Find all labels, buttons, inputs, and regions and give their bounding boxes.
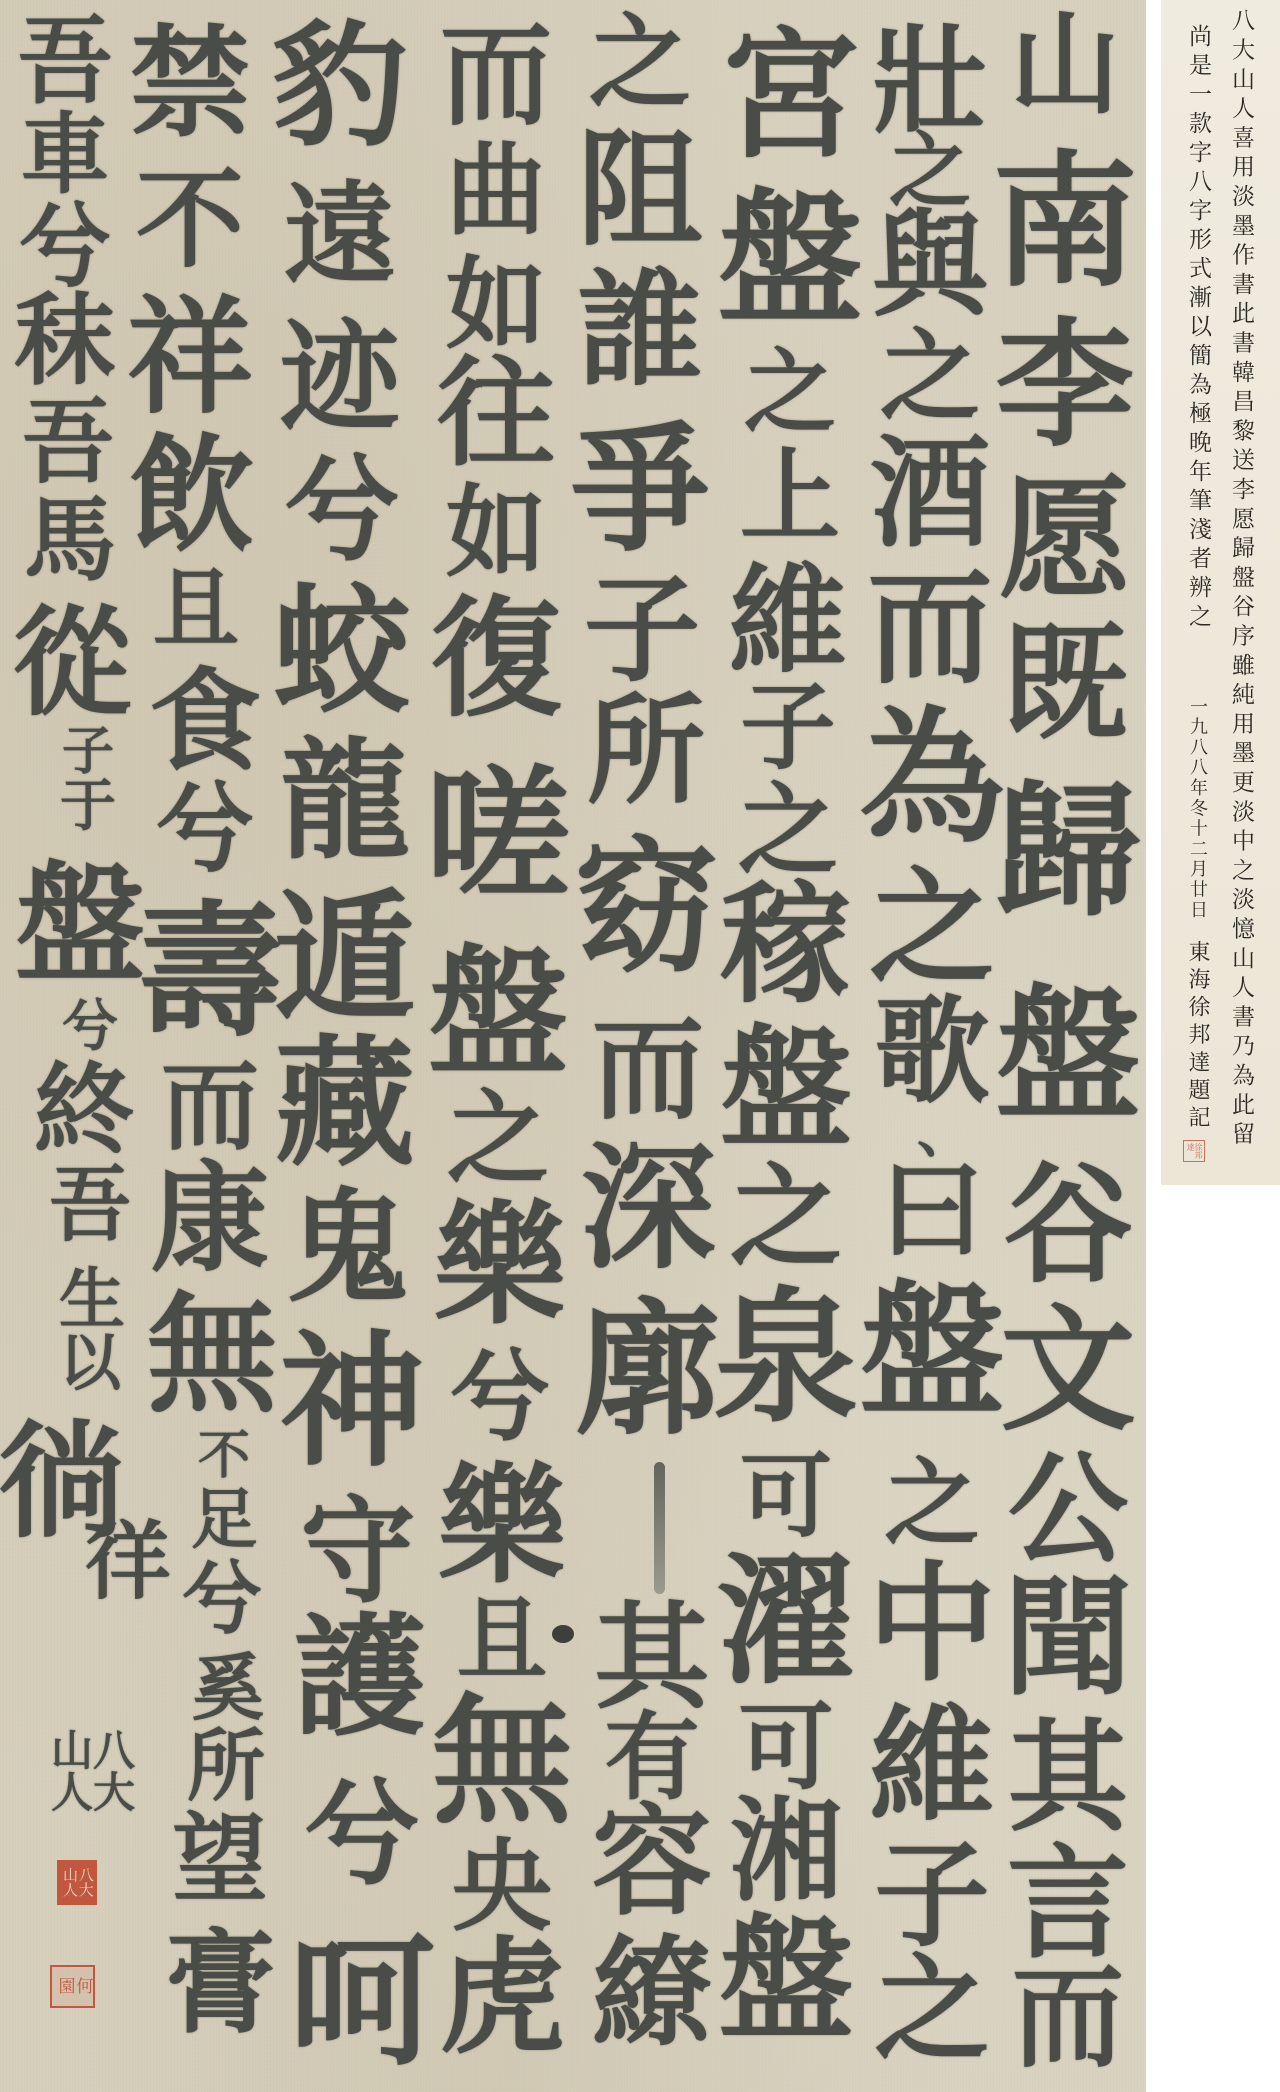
calligraphy-char-small: 以 xyxy=(59,1332,121,1394)
calligraphy-char: 無 xyxy=(147,1290,277,1420)
calligraphy-char: 而 xyxy=(161,1058,259,1156)
calligraphy-char: 終 xyxy=(34,1060,134,1160)
calligraphy-char: 維 xyxy=(870,1704,995,1829)
calligraphy-char: 而 xyxy=(440,20,552,132)
calligraphy-char: 豹 xyxy=(273,18,408,153)
artist-seal-intaglio: 八大山人 xyxy=(57,1860,97,1905)
calligraphy-char: 車 xyxy=(21,110,109,198)
calligraphy-char: 之 xyxy=(880,326,980,426)
calligraphy-char: 壽 xyxy=(138,900,283,1045)
calligraphy-char: 央 xyxy=(452,1836,552,1936)
calligraphy-char: 如 xyxy=(446,482,546,582)
calligraphy-char: 樂 xyxy=(434,1200,566,1332)
calligraphy-char: 盤 xyxy=(718,188,863,333)
calligraphy-char-small: 子 xyxy=(62,726,114,778)
calligraphy-char: 藏 xyxy=(275,1034,415,1174)
calligraphy-char: 為 xyxy=(860,706,1005,851)
calligraphy-char: 吾 xyxy=(18,14,113,109)
calligraphy-char-small: 所 xyxy=(187,1728,265,1806)
calligraphy-char: 公 xyxy=(1008,1450,1128,1570)
calligraphy-char: 徉 xyxy=(86,1520,171,1605)
calligraphy-char: 愿 xyxy=(999,474,1131,606)
calligraphy-char: 與 xyxy=(873,208,988,323)
calligraphy-char-small: 兮 xyxy=(62,998,118,1054)
calligraphy-char: 盤 xyxy=(719,1912,854,2047)
calligraphy-char: 曲 xyxy=(446,140,546,240)
calligraphy-char-small: 不 xyxy=(198,1430,250,1482)
calligraphy-char: 康 xyxy=(151,1160,269,1278)
calligraphy-char-small: 生 xyxy=(59,1266,125,1332)
colophon-column-2: 尚是一款字八字形式漸以簡為極晚年筆淺者辨之 xyxy=(1186,24,1209,633)
calligraphy-char: 祥 xyxy=(127,294,253,420)
calligraphy-char: 之 xyxy=(447,1088,549,1190)
calligraphy-char: 蛟 xyxy=(273,582,411,720)
calligraphy-char: 護 xyxy=(294,1612,426,1744)
calligraphy-char: 維 xyxy=(729,562,847,680)
calligraphy-char: 子 xyxy=(741,680,836,775)
calligraphy-char: 兮 xyxy=(285,452,400,567)
calligraphy-char: 盤 xyxy=(996,984,1141,1129)
colophon-seal: 徐邦達 xyxy=(1183,1140,1205,1162)
calligraphy-char: 遠 xyxy=(284,180,396,292)
ink-dot xyxy=(552,1625,574,1643)
calligraphy-char: 宮 xyxy=(720,26,860,166)
calligraphy-char: 嗟 xyxy=(426,764,571,909)
calligraphy-char: 兮 xyxy=(450,1346,550,1446)
calligraphy-char: 廓 xyxy=(576,1298,721,1443)
calligraphy-char: 守 xyxy=(301,1494,416,1609)
calligraphy-char: 其 xyxy=(1008,1718,1128,1838)
calligraphy-char-small: 兮 xyxy=(182,1558,262,1638)
calligraphy-char: 樂 xyxy=(438,1462,566,1590)
calligraphy-char: 上 xyxy=(740,446,840,546)
calligraphy-char: 盤 xyxy=(720,1024,852,1156)
calligraphy-char: 泉 xyxy=(714,1286,859,1431)
calligraphy-char: 禁 xyxy=(130,24,250,144)
colophon-strip: 八大山人喜用淡墨作書此書韓昌黎送李愿歸盤谷序雖純用墨更淡中之淡憶山人書乃為此留 … xyxy=(1161,0,1280,1185)
calligraphy-char: 吾 xyxy=(22,396,114,488)
calligraphy-char: 秣 xyxy=(15,290,115,390)
calligraphy-sheet: 山 南 李 愿 既 歸 盤 谷 文 公 聞 其 言 而 壯 之 與 之 酒 而 … xyxy=(0,0,1146,2092)
calligraphy-char: 繚 xyxy=(592,1934,712,2054)
calligraphy-char: 之 xyxy=(589,12,691,114)
calligraphy-char: 之 xyxy=(744,346,836,438)
calligraphy-char: 既 xyxy=(1003,622,1128,747)
calligraphy-char: 子 xyxy=(875,1838,990,1953)
calligraphy-char: 之 xyxy=(738,780,838,880)
artist-seal-relief: 何園 xyxy=(50,1965,95,2008)
calligraphy-char: 且 xyxy=(153,566,239,652)
calligraphy-char: 言 xyxy=(1007,1842,1129,1964)
calligraphy-char: 兮 xyxy=(19,200,111,292)
calligraphy-char-small: 膏 xyxy=(164,1928,276,2040)
calligraphy-char: 窈 xyxy=(574,836,719,981)
calligraphy-char: 稼 xyxy=(721,880,851,1010)
calligraphy-char: 而 xyxy=(868,566,993,691)
calligraphy-char: 神 xyxy=(280,1330,425,1475)
calligraphy-char: 爭 xyxy=(570,420,710,560)
calligraphy-char: 不 xyxy=(136,166,244,274)
calligraphy-char: 歌 xyxy=(875,994,990,1109)
calligraphy-char-small: 望 xyxy=(173,1812,268,1907)
seal-text: 徐邦達 xyxy=(1186,1143,1202,1159)
calligraphy-char: 湘 xyxy=(730,1796,842,1908)
calligraphy-char: 山 xyxy=(1010,10,1120,120)
calligraphy-char: 兮 xyxy=(305,1776,420,1891)
calligraphy-char: 歸 xyxy=(996,780,1141,925)
calligraphy-char: 文 xyxy=(1001,1302,1136,1437)
calligraphy-char: 食 xyxy=(149,666,261,778)
calligraphy-char: 兮 xyxy=(156,780,254,878)
calligraphy-char: 呵 xyxy=(290,1930,435,2075)
calligraphy-char: 酒 xyxy=(870,434,990,554)
calligraphy-char: 可 xyxy=(739,1700,834,1795)
calligraphy-char: 盤 xyxy=(15,860,145,990)
calligraphy-char: 之 xyxy=(885,1456,980,1551)
calligraphy-char: 龍 xyxy=(280,736,410,866)
calligraphy-char: 深 xyxy=(581,1140,716,1275)
calligraphy-char: 盤 xyxy=(860,1280,1005,1425)
calligraphy-char: 濯 xyxy=(716,1552,856,1692)
calligraphy-char: 鬼 xyxy=(287,1186,409,1308)
calligraphy-char: 可 xyxy=(740,1450,832,1542)
calligraphy-char-small: 奚 xyxy=(192,1652,264,1724)
calligraphy-char: 如 xyxy=(446,254,546,354)
ink-stroke xyxy=(654,1462,665,1594)
calligraphy-char: 曰 xyxy=(880,1158,985,1263)
artist-signature: 八大山人 xyxy=(48,1728,132,1814)
calligraphy-char: 所 xyxy=(587,692,705,810)
calligraphy-char: 馬 xyxy=(24,494,116,586)
calligraphy-char: 聞 xyxy=(1004,1574,1132,1702)
calligraphy-char-small: 于 xyxy=(60,778,116,834)
calligraphy-char: 遁 xyxy=(275,888,415,1028)
calligraphy-char: 而 xyxy=(592,1014,704,1126)
calligraphy-char: 誰 xyxy=(578,268,703,393)
calligraphy-char: 虎 xyxy=(440,1936,565,2061)
calligraphy-char: 且 xyxy=(457,1594,547,1684)
calligraphy-char: 中 xyxy=(868,1560,996,1688)
calligraphy-char: 而 xyxy=(1012,1962,1124,2074)
calligraphy-char: 復 xyxy=(431,594,561,724)
calligraphy-char: 南 xyxy=(993,150,1138,295)
colophon-signature: 東海徐邦達題記 xyxy=(1186,940,1208,1133)
calligraphy-char: 李 xyxy=(996,316,1134,454)
colophon-date: 一九八八年冬十二月廿日 xyxy=(1188,697,1206,920)
calligraphy-char: 容 xyxy=(592,1802,712,1922)
calligraphy-char: 盤 xyxy=(428,944,568,1084)
colophon-column-1: 八大山人喜用淡墨作書此書韓昌黎送李愿歸盤谷序雖純用墨更淡中之淡憶山人書乃為此留 xyxy=(1229,8,1252,1151)
calligraphy-char-small: 足 xyxy=(191,1486,257,1552)
calligraphy-char: 阻 xyxy=(578,128,703,253)
calligraphy-char: 子 xyxy=(584,572,700,688)
calligraphy-char: 從 xyxy=(13,604,131,722)
calligraphy-char: 谷 xyxy=(1003,1160,1133,1290)
calligraphy-char: 之 xyxy=(730,1162,842,1274)
calligraphy-char: 往 xyxy=(437,354,555,472)
calligraphy-char: 之 xyxy=(870,866,995,991)
calligraphy-char: 迹 xyxy=(280,318,400,438)
seal-text: 八大山人 xyxy=(61,1867,93,1899)
calligraphy-char: 無 xyxy=(432,1692,572,1832)
calligraphy-char: 吾 xyxy=(49,1164,131,1246)
calligraphy-char: 之 xyxy=(875,1952,990,2067)
seal-text: 何園 xyxy=(55,1977,91,1997)
calligraphy-char: 其 xyxy=(595,1600,710,1715)
calligraphy-char: 飲 xyxy=(129,432,255,558)
